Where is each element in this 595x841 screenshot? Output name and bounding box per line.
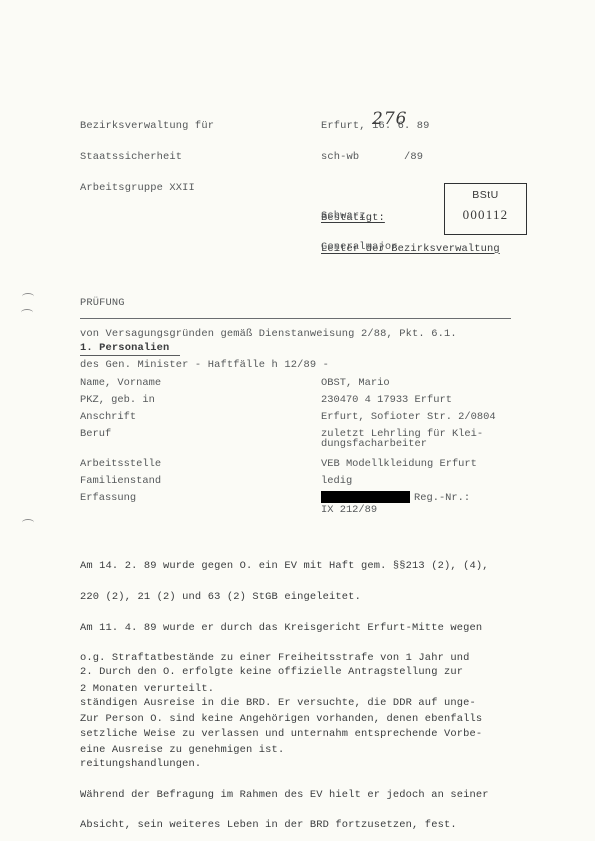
- stamp-org: BStU: [445, 189, 526, 201]
- paragraph-line: Am 14. 2. 89 wurde gegen O. ein EV mit H…: [80, 561, 489, 571]
- subject-line: des Gen. Minister - Haftfälle h 12/89 -: [80, 360, 457, 370]
- paragraph-line: 2. Durch den O. erfolgte keine offiziell…: [80, 667, 489, 677]
- subject-divider: [80, 318, 511, 319]
- paragraph-line: reitungshandlungen.: [80, 759, 489, 769]
- subject-block: PRÜFUNG von Versagungsgründen gemäß Dien…: [80, 278, 457, 380]
- punch-hole-mark: [22, 519, 34, 526]
- field-value: VEB Modellkleidung Erfurt: [321, 459, 477, 469]
- reference-suffix: /89: [404, 151, 423, 163]
- paragraph-line: 220 (2), 21 (2) und 63 (2) StGB eingelei…: [80, 592, 489, 602]
- field-value: 230470 4 17933 Erfurt: [321, 395, 452, 405]
- signer-name: Schwarz: [321, 211, 398, 221]
- field-label: PKZ, geb. in: [80, 395, 155, 405]
- redaction-bar: [321, 491, 410, 503]
- subject-line: von Versagungsgründen gemäß Dienstanweis…: [80, 329, 457, 339]
- field-label: Beruf: [80, 429, 111, 439]
- section-heading-underline: [80, 355, 180, 356]
- paragraph-2: 2. Durch den O. erfolgte keine offiziell…: [80, 647, 489, 841]
- reference-line: sch-wb /89: [321, 152, 500, 162]
- signature-block: Schwarz Generalmajor: [321, 191, 398, 262]
- field-value: Erfurt, Sofioter Str. 2/0804: [321, 412, 496, 422]
- field-value: IX 212/89: [321, 505, 377, 515]
- field-label: Name, Vorname: [80, 378, 161, 388]
- field-label: Anschrift: [80, 412, 136, 422]
- field-label: Familienstand: [80, 476, 161, 486]
- sender-line: Arbeitsgruppe XXII: [80, 183, 214, 193]
- field-value-suffix: Reg.-Nr.:: [414, 493, 470, 503]
- field-value: OBST, Mario: [321, 378, 390, 388]
- field-value: ledig: [321, 476, 352, 486]
- date-line: Erfurt, 16. 6. 89: [321, 121, 500, 131]
- paragraph-line: Während der Befragung im Rahmen des EV h…: [80, 790, 489, 800]
- paragraph-line: Absicht, sein weiteres Leben in der BRD …: [80, 820, 489, 830]
- paragraph-line: Am 11. 4. 89 wurde er durch das Kreisger…: [80, 623, 489, 633]
- subject-title: PRÜFUNG: [80, 298, 457, 308]
- archive-stamp: BStU 000112: [444, 183, 527, 235]
- signer-rank: Generalmajor: [321, 242, 398, 252]
- punch-hole-mark: [21, 309, 33, 316]
- sender-line: Bezirksverwaltung für: [80, 121, 214, 131]
- reference-prefix: sch-wb: [321, 151, 359, 163]
- stamp-number: 000112: [445, 207, 526, 223]
- field-value: zuletzt Lehrling für Klei- dungsfacharbe…: [321, 429, 483, 449]
- punch-hole-mark: [22, 293, 34, 300]
- handwritten-reference-number: 276: [372, 109, 407, 129]
- field-label: Erfassung: [80, 493, 136, 503]
- paragraph-line: setzliche Weise zu verlassen und unterna…: [80, 729, 489, 739]
- sender-block: Bezirksverwaltung für Staatssicherheit A…: [80, 101, 214, 203]
- field-label: Arbeitsstelle: [80, 459, 161, 469]
- sender-line: Staatssicherheit: [80, 152, 214, 162]
- paragraph-line: ständigen Ausreise in die BRD. Er versuc…: [80, 698, 489, 708]
- section-heading: 1. Personalien: [80, 343, 169, 353]
